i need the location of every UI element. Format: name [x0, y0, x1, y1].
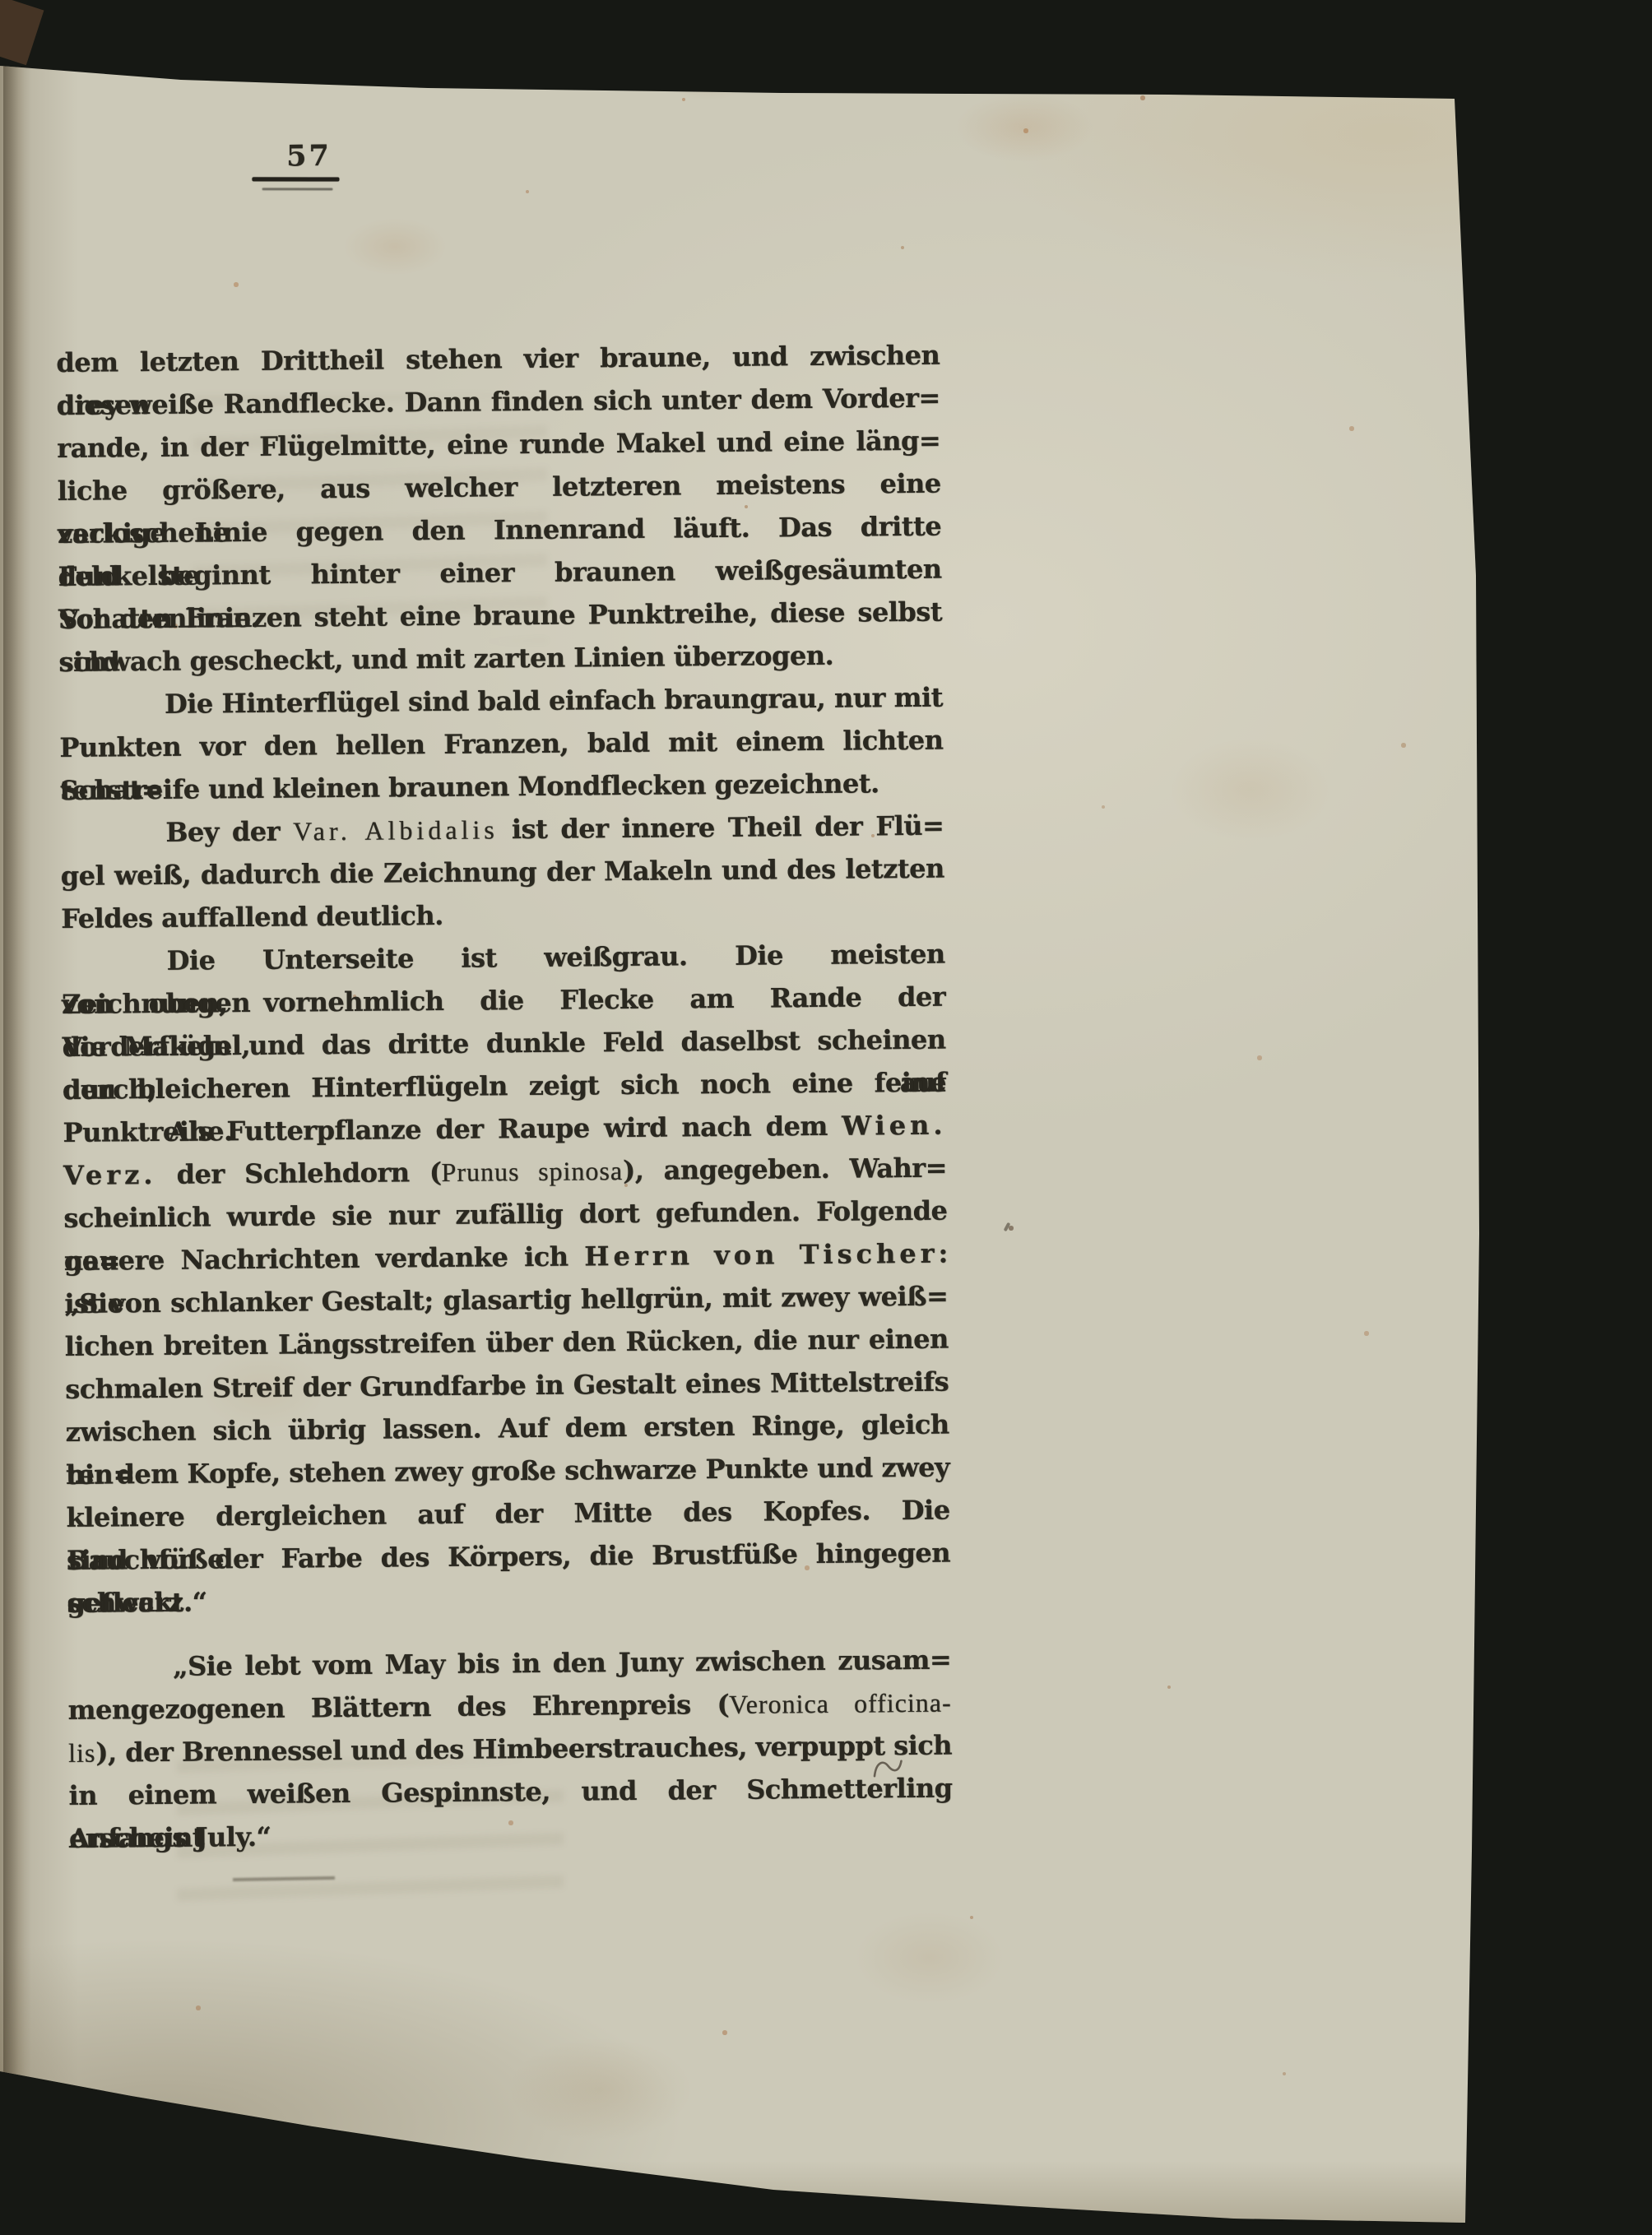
text-segment: nauere Nachrichten verdanke ich: [64, 1240, 585, 1277]
text-line: mengezogenen Blättern des Ehrenpreis (Ve…: [67, 1681, 951, 1732]
text-line: die Makeln und das dritte dunkle Feld da…: [62, 1018, 945, 1069]
text-line: ist von schlanker Gestalt; glasartig hel…: [64, 1275, 948, 1325]
text-segment: „Sie lebt vom May bis in den Juny zwisch…: [173, 1644, 951, 1682]
text-segment: drey weiße Randflecke. Dann finden sich …: [57, 383, 940, 421]
text-line: Feldes auffallend deutlich.: [61, 890, 944, 940]
text-segment: ), angegeben. Wahr=: [623, 1152, 947, 1186]
text-line: sind von der Farbe des Körpers, die Brus…: [67, 1532, 950, 1582]
text-line: schwach gescheckt, und mit zarten Linien…: [58, 633, 942, 684]
text-line: tenstreife und kleinen braunen Mondfleck…: [60, 762, 944, 812]
text-line: Die Unterseite ist weißgrau. Die meisten…: [61, 933, 944, 983]
scan-background: 57 dem letzten Drittheil stehen vier bra…: [0, 0, 1652, 2235]
text-block: dem letzten Drittheil stehen vier braune…: [56, 334, 953, 1860]
text-line: „Sie lebt vom May bis in den Juny zwisch…: [67, 1639, 951, 1689]
text-line: liche größere, aus welcher letzteren mei…: [57, 462, 940, 512]
text-segment: ist von schlanker Gestalt; glasartig hel…: [64, 1281, 948, 1319]
text-segment: Bey der: [165, 816, 293, 848]
page-number: 57: [286, 139, 332, 173]
text-segment: mengezogenen Blättern des Ehrenpreis (: [67, 1689, 729, 1726]
text-segment: gefleckt.“: [67, 1586, 206, 1618]
printed-content: 57 dem letzten Drittheil stehen vier bra…: [54, 132, 938, 140]
book-board-corner: [0, 0, 44, 65]
text-segment: Veronica officina-: [729, 1688, 952, 1719]
text-segment: Die Hinterflügel sind bald einfach braun…: [165, 682, 943, 720]
text-line: Feld beginnt hinter einer braunen weißge…: [58, 548, 941, 598]
text-segment: Feldes auffallend deutlich.: [61, 900, 443, 934]
text-line: gefleckt.“: [67, 1574, 950, 1625]
page-number-rule-echo: [262, 188, 333, 190]
text-line: in einem weißen Gespinnste, und der Schm…: [68, 1767, 952, 1817]
text-segment: rande, in der Flügelmitte, eine runde Ma…: [57, 425, 940, 464]
text-segment: Herrn von Tischer: [584, 1238, 939, 1273]
paragraph: Bey der Var. Albidalis ist der innere Th…: [60, 805, 944, 940]
text-segment: Wien.: [842, 1110, 947, 1142]
text-line: Die Hinterflügel sind bald einfach braun…: [59, 676, 943, 726]
text-line: lis), der Brennessel und des Himbeerstra…: [68, 1724, 952, 1774]
text-line: von oben, vornehmlich die Flecke am Rand…: [62, 976, 945, 1026]
text-segment: ist der innere Theil der Flü=: [499, 810, 944, 846]
text-segment: der Schlehdorn (: [156, 1157, 441, 1190]
book-page: 57 dem letzten Drittheil stehen vier bra…: [0, 0, 1652, 2235]
text-segment: schwach gescheckt, und mit zarten Linien…: [58, 640, 833, 678]
page-number-rule: [252, 177, 339, 181]
text-line: dem letzten Drittheil stehen vier braune…: [56, 334, 940, 384]
text-segment: Verz.: [63, 1159, 157, 1191]
ink-speck: [1004, 1222, 1011, 1232]
text-line: Bey der Var. Albidalis ist der innere Th…: [60, 805, 944, 855]
paragraph: dem letzten Drittheil stehen vier braune…: [56, 334, 943, 684]
paragraph: „Sie lebt vom May bis in den Juny zwisch…: [67, 1639, 953, 1860]
text-line: scheinlich wurde sie nur zufällig dort g…: [63, 1189, 947, 1240]
text-segment: Anfangs July.“: [69, 1821, 271, 1854]
text-line: gel weiß, dadurch die Zeichnung der Make…: [61, 847, 944, 897]
text-line: Verz. der Schlehdorn (Prunus spinosa), a…: [63, 1147, 947, 1197]
text-line: kleinere dergleichen auf der Mitte des K…: [66, 1489, 949, 1539]
faint-rule-artifact: [233, 1876, 335, 1881]
text-line: Anfangs July.“: [69, 1810, 953, 1860]
text-segment: ter dem Kopfe, stehen zwey große schwarz…: [66, 1452, 949, 1491]
text-segment: lichen breiten Längsstreifen über den Rü…: [65, 1324, 949, 1362]
text-segment: schmalen Streif der Grundfarbe in Gestal…: [65, 1366, 949, 1405]
text-segment: Als Futterpflanze der Raupe wird nach de…: [168, 1111, 842, 1148]
text-segment: ), der Brennessel und des Himbeerstrauch…: [95, 1730, 952, 1769]
text-line: ter dem Kopfe, stehen zwey große schwarz…: [66, 1446, 949, 1496]
text-line: schmalen Streif der Grundfarbe in Gestal…: [65, 1361, 949, 1411]
paragraph: Die Unterseite ist weißgrau. Die meisten…: [61, 933, 946, 1111]
paragraph: Als Futterpflanze der Raupe wird nach de…: [63, 1104, 950, 1625]
text-line: nauere Nachrichten verdanke ich Herrn vo…: [64, 1232, 948, 1282]
text-segment: Prunus spinosa: [441, 1156, 623, 1187]
text-line: Als Futterpflanze der Raupe wird nach de…: [63, 1104, 946, 1154]
text-line: den bleicheren Hinterflügeln zeigt sich …: [63, 1061, 946, 1111]
text-line: Punkten vor den hellen Franzen, bald mit…: [59, 719, 943, 769]
text-line: drey weiße Randflecke. Dann finden sich …: [57, 377, 940, 427]
gutter-crease: [3, 58, 31, 2081]
text-segment: Var. Albidalis: [293, 814, 499, 846]
text-line: rande, in der Flügelmitte, eine runde Ma…: [57, 420, 940, 470]
paragraph: Die Hinterflügel sind bald einfach braun…: [59, 676, 944, 812]
text-line: Vor den Franzen steht eine braune Punktr…: [58, 591, 942, 641]
text-line: lichen breiten Längsstreifen über den Rü…: [65, 1318, 949, 1368]
text-segment: tenstreife und kleinen braunen Mondfleck…: [60, 767, 879, 806]
text-segment: lis: [68, 1738, 96, 1768]
text-line: zackige Linie gegen den Innenrand läuft.…: [58, 505, 941, 555]
text-line: zwischen sich übrig lassen. Auf dem erst…: [65, 1403, 949, 1454]
text-segment: gel weiß, dadurch die Zeichnung der Make…: [61, 853, 944, 892]
